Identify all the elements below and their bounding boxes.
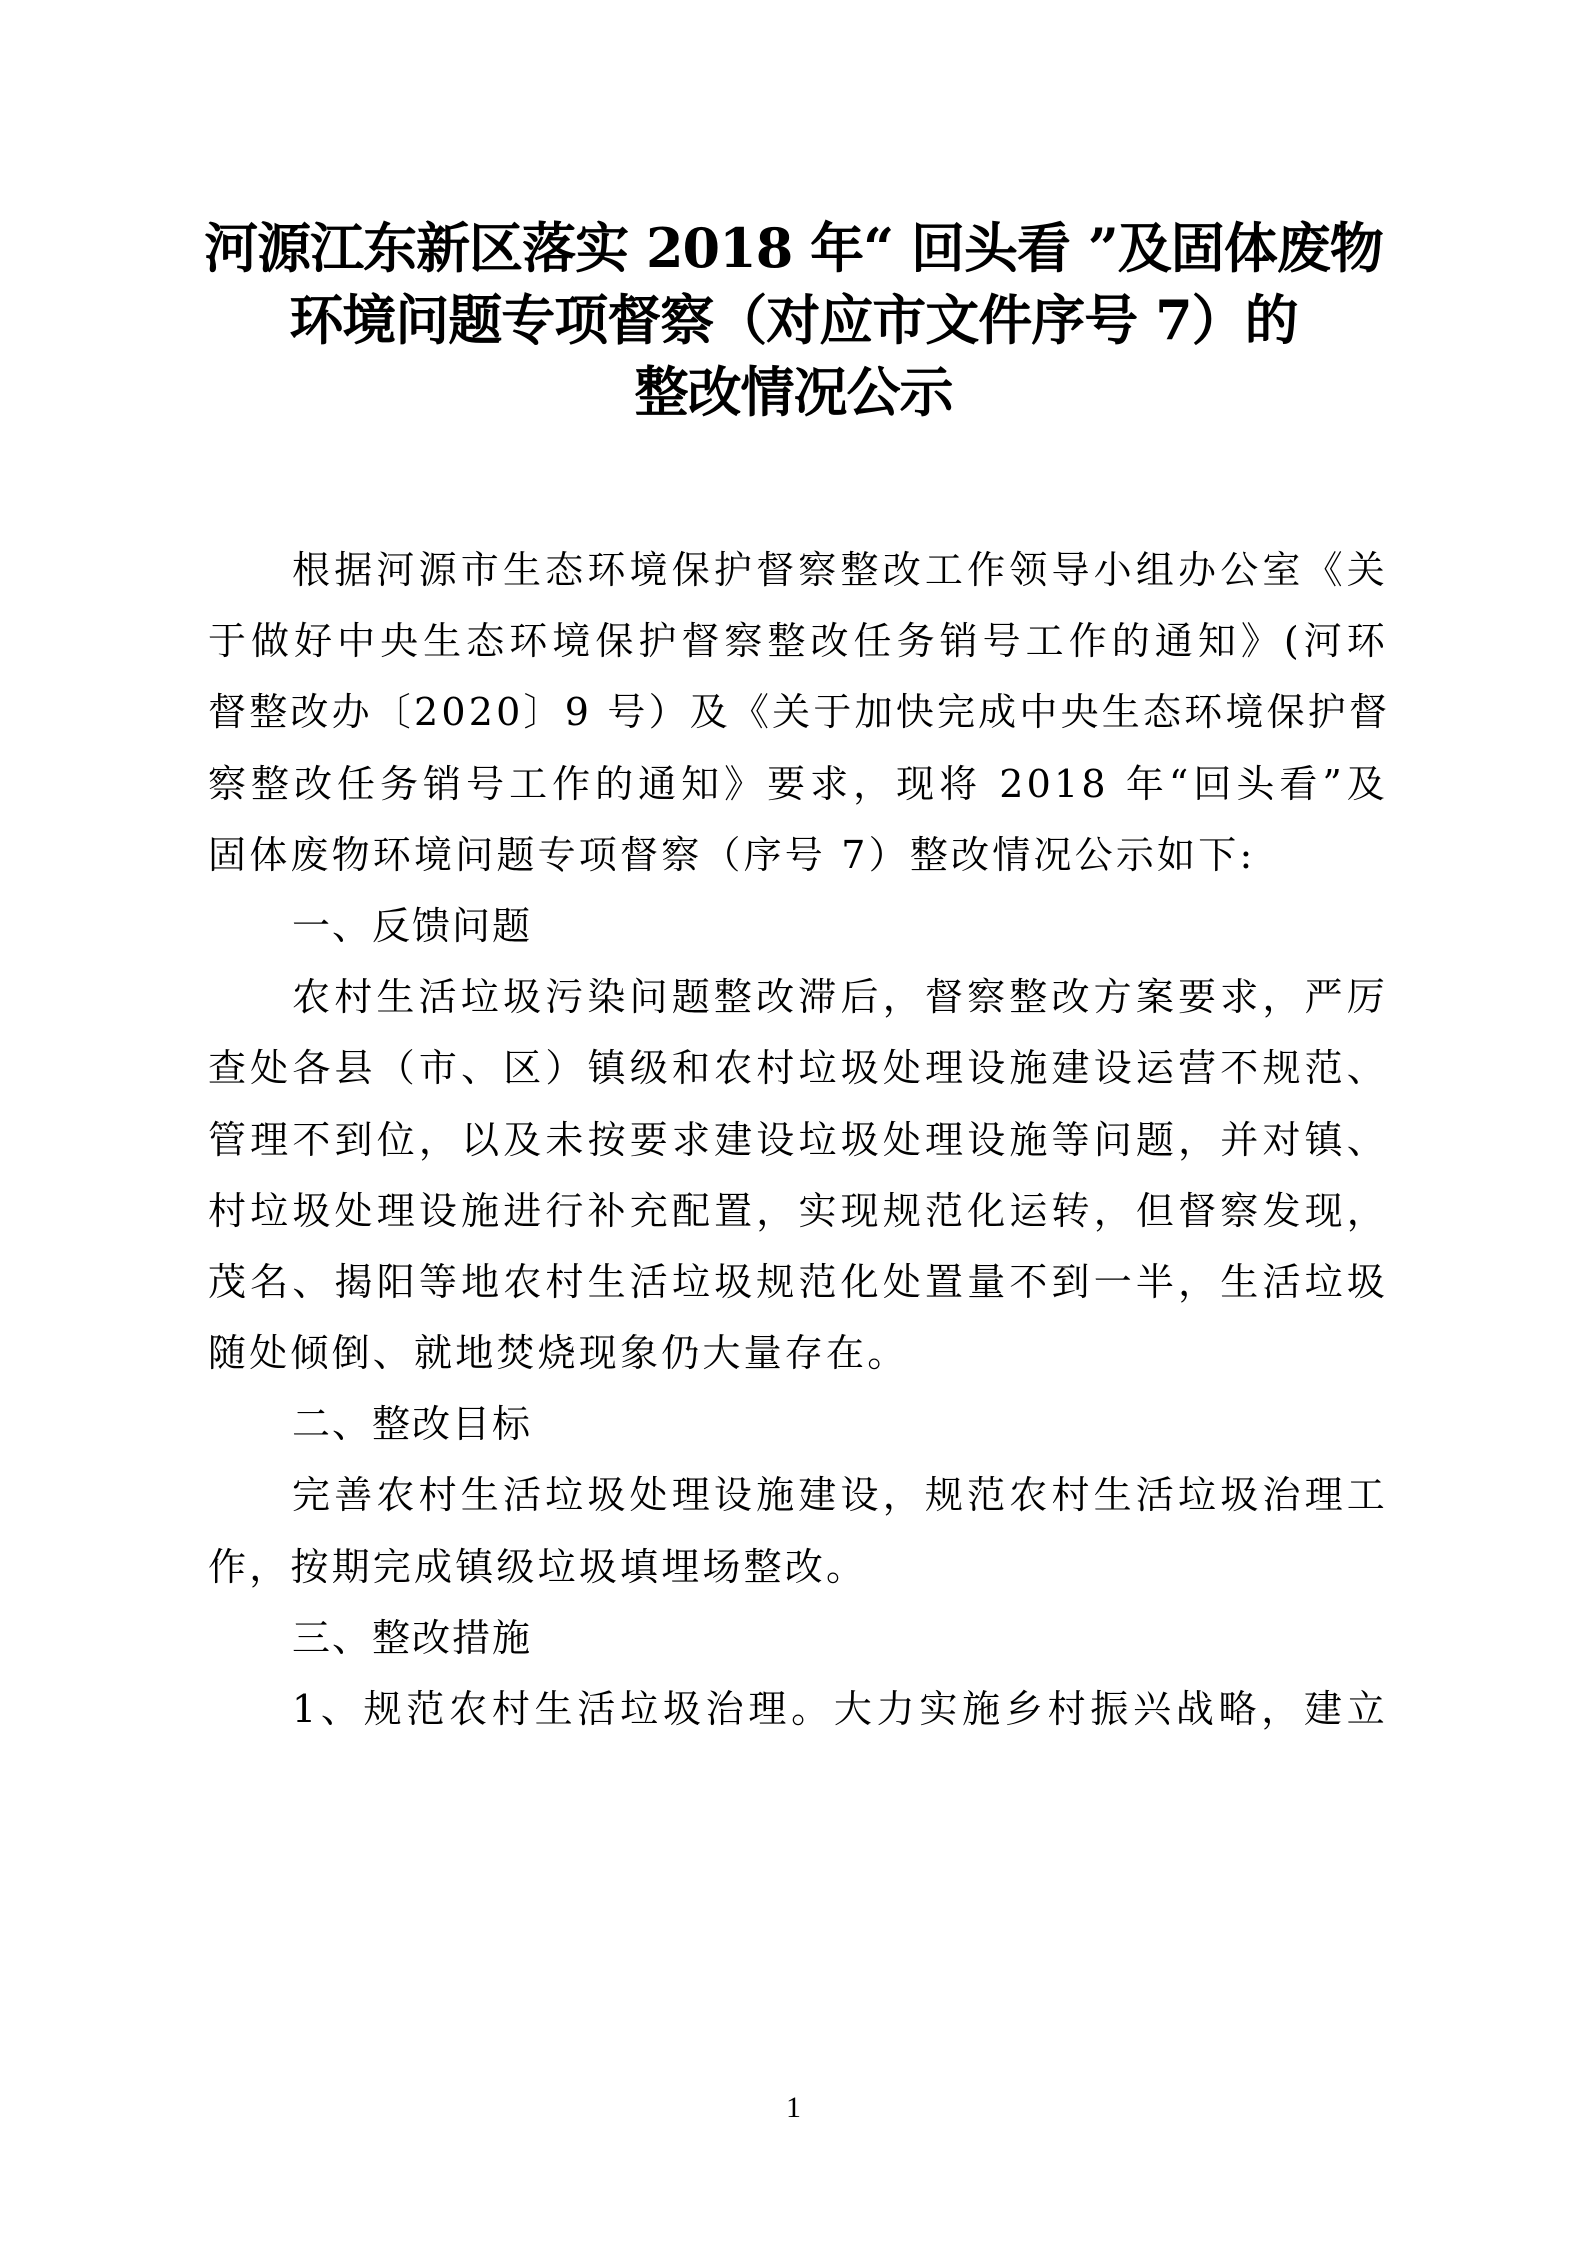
paragraph-line: 督整改办〔2020〕9 号）及《关于加快完成中央生态环境保护督 (208, 677, 1388, 748)
paragraph-line: 管理不到位，以及未按要求建设垃圾处理设施等问题，并对镇、 (208, 1105, 1388, 1176)
document-body: 根据河源市生态环境保护督察整改工作领导小组办公室《关 于做好中央生态环境保护督察… (208, 535, 1388, 1745)
section-rectification-measures: 三、整改措施 1、规范农村生活垃圾治理。大力实施乡村振兴战略，建立 (208, 1603, 1388, 1745)
intro-paragraph: 根据河源市生态环境保护督察整改工作领导小组办公室《关 于做好中央生态环境保护督察… (208, 535, 1388, 891)
paragraph-line: 察整改任务销号工作的通知》要求，现将 2018 年“回头看”及 (208, 749, 1388, 820)
section-rectification-goal: 二、整改目标 完善农村生活垃圾处理设施建设，规范农村生活垃圾治理工 作，按期完成… (208, 1389, 1388, 1603)
page-number: 1 (0, 2088, 1587, 2128)
paragraph-line: 完善农村生活垃圾处理设施建设，规范农村生活垃圾治理工 (208, 1460, 1388, 1531)
section-feedback-issue: 一、反馈问题 农村生活垃圾污染问题整改滞后，督察整改方案要求，严厉 查处各县（市… (208, 891, 1388, 1389)
document-title: 河源江东新区落实 2018 年“ 回头看 ”及固体废物 环境问题专项督察（对应市… (0, 212, 1587, 428)
paragraph-line: 随处倾倒、就地焚烧现象仍大量存在。 (208, 1318, 1388, 1389)
section-heading: 二、整改目标 (208, 1389, 1388, 1460)
section-heading: 一、反馈问题 (208, 891, 1388, 962)
paragraph-line: 于做好中央生态环境保护督察整改任务销号工作的通知》(河环 (208, 606, 1388, 677)
paragraph-line: 农村生活垃圾污染问题整改滞后，督察整改方案要求，严厉 (208, 962, 1388, 1033)
paragraph-line: 1、规范农村生活垃圾治理。大力实施乡村振兴战略，建立 (208, 1674, 1388, 1745)
paragraph-line: 村垃圾处理设施进行补充配置，实现规范化运转，但督察发现， (208, 1176, 1388, 1247)
document-page: 河源江东新区落实 2018 年“ 回头看 ”及固体废物 环境问题专项督察（对应市… (0, 0, 1587, 2245)
title-line-3: 整改情况公示 (0, 356, 1587, 428)
paragraph-line: 茂名、揭阳等地农村生活垃圾规范化处置量不到一半，生活垃圾 (208, 1247, 1388, 1318)
title-line-2: 环境问题专项督察（对应市文件序号 7）的 (0, 284, 1587, 356)
paragraph-line: 查处各县（市、区）镇级和农村垃圾处理设施建设运营不规范、 (208, 1033, 1388, 1104)
paragraph-line: 固体废物环境问题专项督察（序号 7）整改情况公示如下: (208, 820, 1388, 891)
title-line-1: 河源江东新区落实 2018 年“ 回头看 ”及固体废物 (0, 212, 1587, 284)
paragraph-line: 根据河源市生态环境保护督察整改工作领导小组办公室《关 (208, 535, 1388, 606)
section-heading: 三、整改措施 (208, 1603, 1388, 1674)
paragraph-line: 作，按期完成镇级垃圾填埋场整改。 (208, 1532, 1388, 1603)
